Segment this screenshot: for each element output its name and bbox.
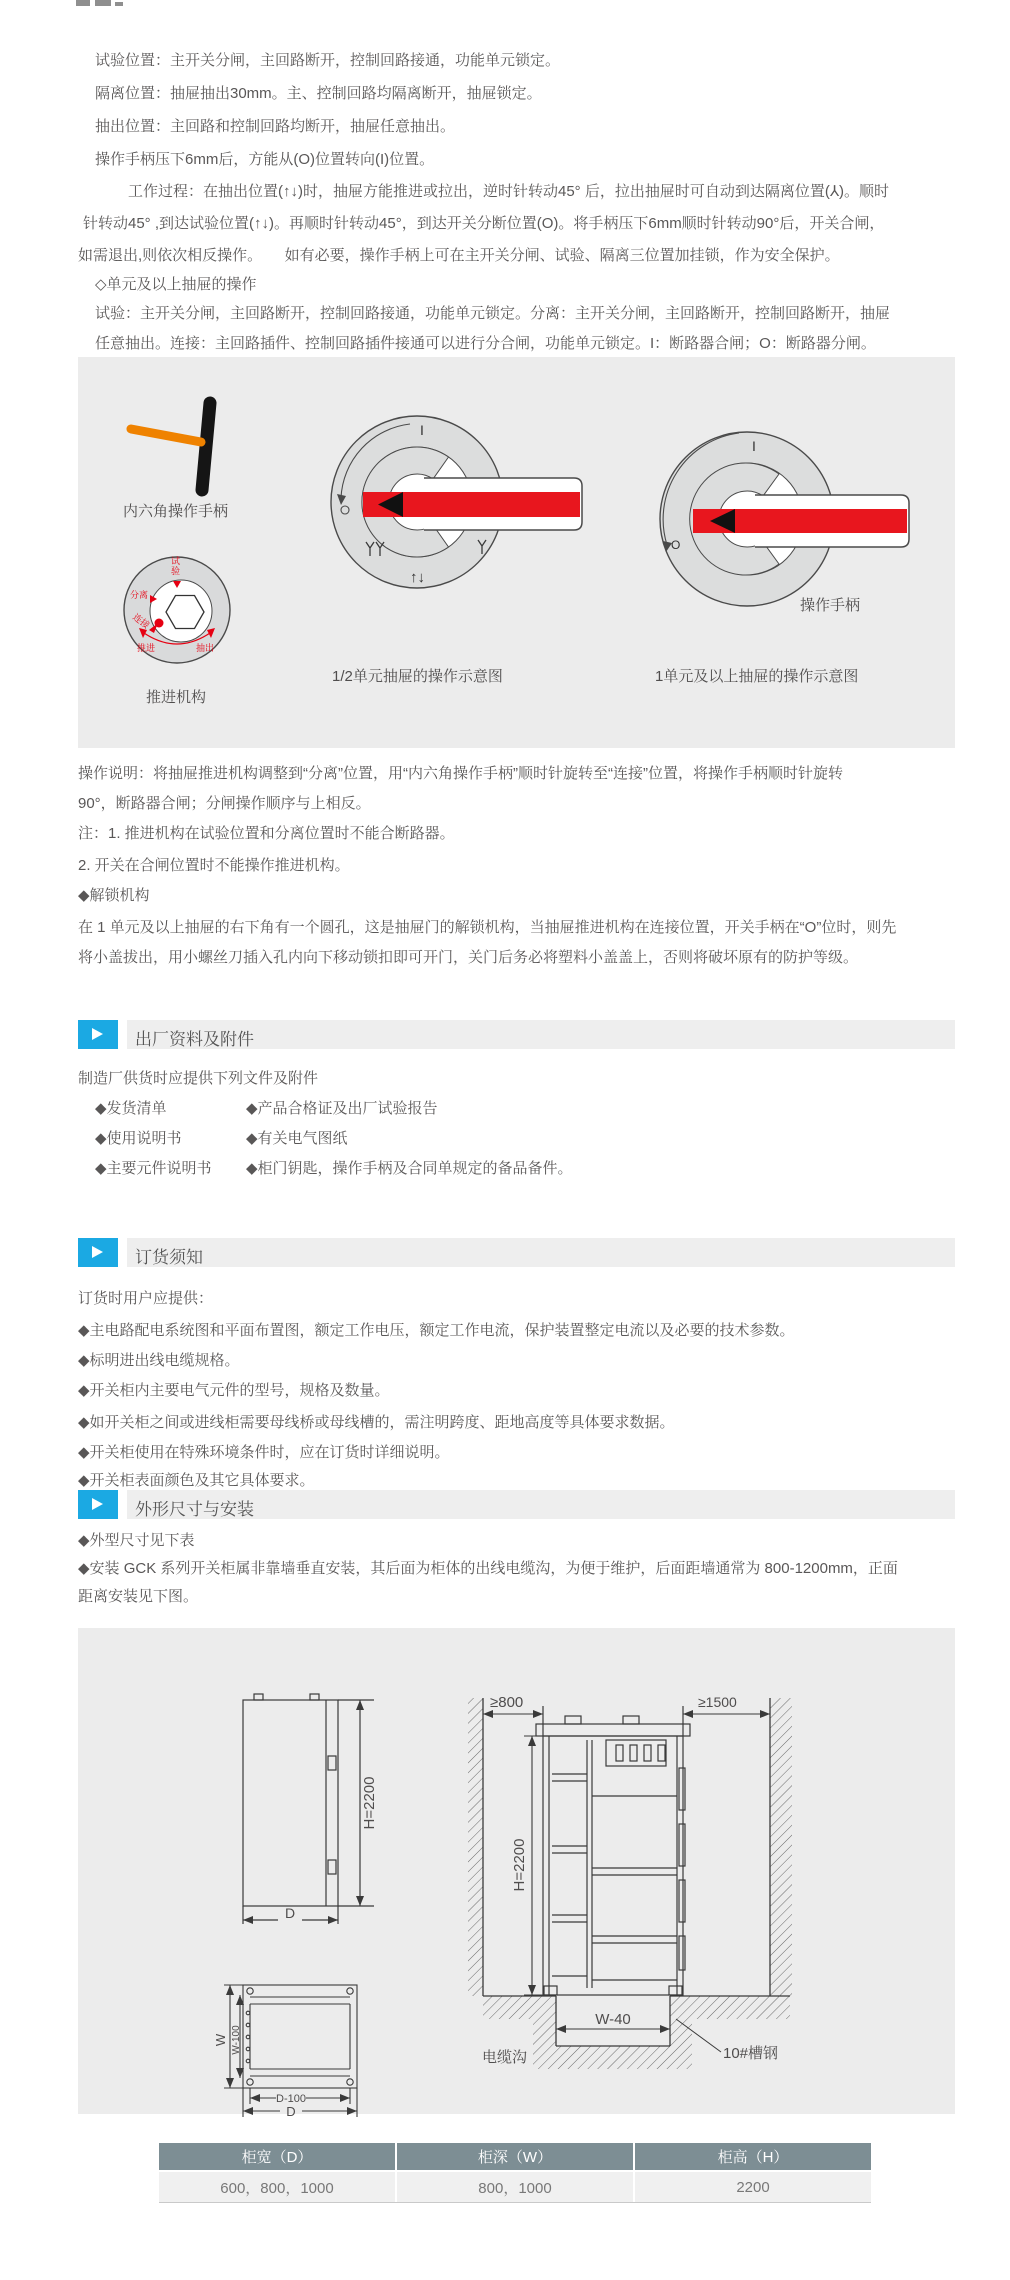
notes-line: 2. 开关在合闸位置时不能操作推进机构。 bbox=[78, 857, 350, 874]
plan-width-dim: W bbox=[213, 2033, 228, 2046]
full-unit-dial-drawing: I O bbox=[655, 425, 920, 615]
ordering-item: ◆标明进出线电缆规格。 bbox=[78, 1352, 240, 1369]
cabinet-side-view bbox=[243, 1694, 374, 1924]
manual-page: 试验位置：主开关分闸，主回路断开，控制回路接通，功能单元锁定。 隔离位置：抽屉抽… bbox=[0, 0, 1010, 2280]
intro-line: 试验：主开关分闸，主回路断开，控制回路接通，功能单元锁定。分离：主开关分闸，主回… bbox=[95, 305, 890, 322]
table-row: 600，800，1000 800，1000 2200 bbox=[159, 2172, 871, 2203]
intro-line: 工作过程：在抽出位置(↑↓)时，抽屉方能推进或拉出，逆时针转动45° 后，拉出抽… bbox=[128, 183, 889, 200]
side-depth-dim: D bbox=[285, 1905, 295, 1921]
section-header-bar bbox=[127, 1238, 955, 1267]
section-header-ordering: 订货须知 bbox=[78, 1238, 955, 1267]
intro-line: 试验位置：主开关分闸，主回路断开，控制回路接通，功能单元锁定。 bbox=[95, 52, 560, 69]
front-height-dim: H=2200 bbox=[511, 1839, 528, 1892]
factory-item: ◆使用说明书 bbox=[95, 1130, 182, 1147]
cabinet-front-view bbox=[536, 1706, 690, 1995]
right-wall-hatch bbox=[770, 1698, 792, 1996]
table-cell-height: 2200 bbox=[635, 2172, 871, 2202]
section-header-factory: 出厂资料及附件 bbox=[78, 1020, 955, 1049]
intro-line: 隔离位置：抽屉抽出30mm。主、控制回路均隔离断开，抽屉锁定。 bbox=[95, 85, 542, 102]
pusher-mark-separate: 分离 bbox=[130, 591, 148, 600]
ordering-item: ◆开关柜表面颜色及其它具体要求。 bbox=[78, 1472, 315, 1489]
notes-line: 在 1 单元及以上抽屉的右下角有一个圆孔，这是抽屉门的解锁机构，当抽屉推进机构在… bbox=[78, 919, 896, 936]
half-unit-caption: 1/2单元抽屉的操作示意图 bbox=[332, 665, 503, 686]
notes-subheading: ◆解锁机构 bbox=[78, 887, 150, 904]
full-unit-caption: 1单元及以上抽屉的操作示意图 bbox=[655, 665, 858, 686]
section-marker bbox=[78, 1238, 118, 1267]
table-header-depth: 柜深（W） bbox=[397, 2143, 635, 2170]
ordering-intro: 订货时用户应提供： bbox=[78, 1290, 213, 1307]
pusher-mark-pull: 抽出 bbox=[196, 644, 214, 653]
section-marker bbox=[78, 1490, 118, 1519]
table-header-height: 柜高（H） bbox=[635, 2143, 871, 2170]
plan-width-minus-dim: W-100 bbox=[231, 2025, 242, 2055]
gap-left-dim: ≥800 bbox=[490, 1694, 523, 1711]
ordering-item: ◆开关柜内主要电气元件的型号，规格及数量。 bbox=[78, 1382, 390, 1399]
table-cell-width: 600，800，1000 bbox=[159, 2172, 397, 2202]
section-marker bbox=[78, 1020, 118, 1049]
intro-line: 针转动45° ,到达试验位置(↑↓)。再顺时针转动45°，到达开关分断位置(O)… bbox=[83, 215, 884, 232]
dimensions-bullet: ◆安装 GCK 系列开关柜属非靠墙垂直安装，其后面为柜体的出线电缆沟，为便于维护… bbox=[78, 1560, 898, 1577]
table-header-row: 柜宽（D） 柜深（W） 柜高（H） bbox=[159, 2143, 871, 2170]
dimension-table: 柜宽（D） 柜深（W） 柜高（H） 600，800，1000 800，1000 … bbox=[159, 2143, 871, 2203]
ordering-item: ◆如开关柜之间或进线柜需要母线桥或母线槽的，需注明跨度、距地高度等具体要求数据。 bbox=[78, 1414, 675, 1431]
play-arrow-icon bbox=[92, 1028, 103, 1040]
section-title: 订货须知 bbox=[135, 1243, 203, 1268]
hex-key-drawing bbox=[125, 395, 225, 495]
notes-line: 注：1. 推进机构在试验位置和分离位置时不能合断路器。 bbox=[78, 825, 455, 842]
intro-line: 任意抽出。连接：主回路插件、控制回路插件接通可以进行分合闸，功能单元锁定。I：断… bbox=[95, 335, 876, 352]
notes-line: 将小盖拔出，用小螺丝刀插入孔内向下移动锁扣即可开门，关门后务必将塑料小盖盖上，否… bbox=[78, 949, 858, 966]
factory-item: ◆柜门钥匙，操作手柄及合同单规定的备品备件。 bbox=[246, 1160, 573, 1177]
section-title: 出厂资料及附件 bbox=[135, 1025, 254, 1050]
factory-intro: 制造厂供货时应提供下列文件及附件 bbox=[78, 1070, 318, 1087]
play-arrow-icon bbox=[92, 1246, 103, 1258]
intro-subheading: ◇单元及以上抽屉的操作 bbox=[95, 276, 257, 293]
table-cell-depth: 800，1000 bbox=[397, 2172, 635, 2202]
dial-mark-off: O bbox=[671, 538, 680, 552]
intro-line: 抽出位置：主回路和控制回路均断开，抽屉任意抽出。 bbox=[95, 118, 455, 135]
left-wall-hatch bbox=[468, 1698, 483, 1996]
notes-line: 90°，断路器合闸；分闸操作顺序与上相反。 bbox=[78, 795, 371, 812]
table-header-width: 柜宽（D） bbox=[159, 2143, 397, 2170]
factory-item: ◆有关电气图纸 bbox=[246, 1130, 348, 1147]
channel-steel-label: 10#槽钢 bbox=[723, 2045, 778, 2062]
intro-line: 操作手柄压下6mm后，方能从(O)位置转向(I)位置。 bbox=[95, 151, 434, 168]
ordering-item: ◆开关柜使用在特殊环境条件时，应在订货时详细说明。 bbox=[78, 1444, 450, 1461]
pusher-label: 推进机构 bbox=[146, 686, 206, 707]
handle-label: 操作手柄 bbox=[800, 594, 860, 615]
trench-width-dim: W-40 bbox=[595, 2011, 631, 2028]
gap-right-dim: ≥1500 bbox=[698, 1694, 737, 1710]
play-arrow-icon bbox=[92, 1498, 103, 1510]
factory-item: ◆产品合格证及出厂试验报告 bbox=[246, 1100, 438, 1117]
ordering-item: ◆主电路配电系统图和平面布置图，额定工作电压，额定工作电流，保护装置整定电流以及… bbox=[78, 1322, 795, 1339]
pusher-mark-test: 试验 bbox=[170, 556, 179, 576]
side-height-dim: H=2200 bbox=[361, 1777, 378, 1830]
plan-depth-dim: D bbox=[286, 2104, 295, 2119]
factory-item: ◆发货清单 bbox=[95, 1100, 167, 1117]
intro-line: 如需退出,则依次相反操作。 如有必要，操作手柄上可在主开关分闸、试验、隔离三位置… bbox=[78, 247, 840, 264]
dial-mark-on: I bbox=[752, 438, 756, 454]
dial-mark-updown: ↑↓ bbox=[410, 569, 425, 586]
notes-line: 操作说明：将抽屉推进机构调整到“分离”位置，用“内六角操作手柄”顺时针旋转至“连… bbox=[78, 765, 843, 782]
cable-trench-label: 电缆沟 bbox=[482, 2048, 527, 2066]
dial-mark-on: I bbox=[420, 422, 424, 438]
dimensions-bullet: 距离安装见下图。 bbox=[78, 1588, 198, 1605]
section-title: 外形尺寸与安装 bbox=[135, 1495, 254, 1520]
pusher-mark-push: 推进 bbox=[137, 644, 155, 653]
section-header-dimensions: 外形尺寸与安装 bbox=[78, 1490, 955, 1519]
dimensions-bullet: ◆外型尺寸见下表 bbox=[78, 1532, 195, 1549]
factory-item: ◆主要元件说明书 bbox=[95, 1160, 212, 1177]
half-unit-dial-drawing: I ↑↓ bbox=[328, 410, 590, 595]
hex-key-label: 内六角操作手柄 bbox=[123, 500, 228, 521]
installation-drawing: H=2200 D bbox=[78, 1628, 955, 2114]
